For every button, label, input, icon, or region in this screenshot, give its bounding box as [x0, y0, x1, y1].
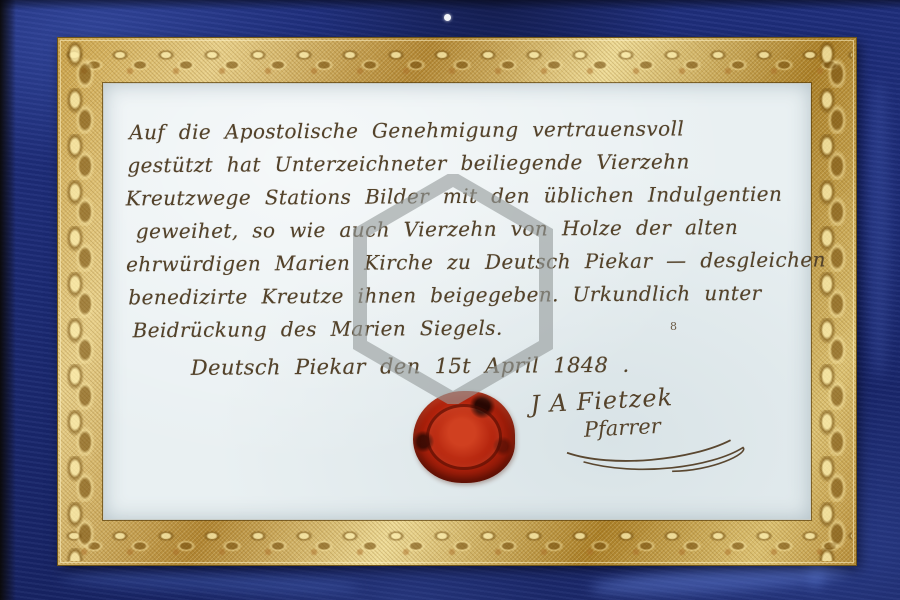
embossed-gold-frame: Auf die Apostolische Genehmigung vertrau… — [58, 38, 856, 565]
dust-speck — [444, 14, 451, 21]
script-line: gestützt hat Unterzeichneter beiliegende… — [127, 145, 793, 183]
signature-block: J A Fietzek Pfarrer — [530, 378, 785, 485]
gold-scroll-motif-top — [62, 41, 852, 81]
handwritten-text-block: Auf die Apostolische Genehmigung vertrau… — [125, 112, 795, 386]
certificate-paper: Auf die Apostolische Genehmigung vertrau… — [104, 84, 810, 519]
photo-of-framed-certificate: Auf die Apostolische Genehmigung vertrau… — [0, 0, 900, 600]
script-line: geweihet, so wie auch Vierzehn von Holze… — [136, 211, 794, 249]
script-line: benedizirte Kreutze ihnen beigegeben. Ur… — [128, 277, 794, 315]
gold-scroll-motif-right — [813, 42, 853, 561]
script-line: Beidrückung des Marien Siegels. — [132, 310, 794, 348]
gold-scroll-motif-bottom — [62, 522, 852, 562]
red-wax-seal — [413, 391, 515, 483]
paper-stray-mark: 8 — [670, 320, 677, 333]
dateline: Deutsch Piekar den 15t April 1848 . — [191, 348, 795, 385]
velvet-fold-highlight — [60, 567, 361, 597]
gold-scroll-motif-left — [61, 42, 101, 561]
script-line: Kreutzwege Stations Bilder mit den üblic… — [126, 178, 794, 216]
left-edge-shadow — [0, 0, 16, 600]
script-line: Auf die Apostolische Genehmigung vertrau… — [129, 112, 793, 150]
script-line: ehrwürdigen Marien Kirche zu Deutsch Pie… — [126, 244, 794, 282]
velvet-fold-highlight — [868, 80, 890, 380]
top-edge-shadow — [0, 0, 900, 10]
